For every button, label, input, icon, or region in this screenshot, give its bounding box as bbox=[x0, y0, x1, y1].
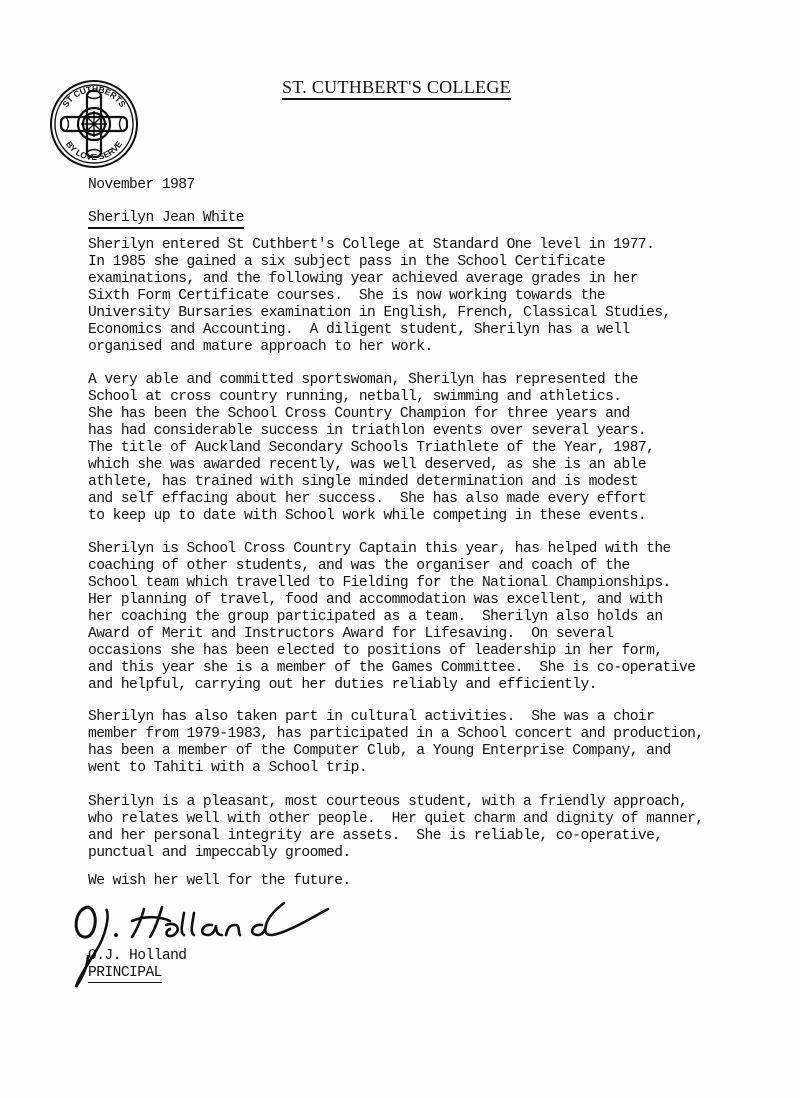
celtic-cross-crest-icon: ST CUTHBERTS BY LOVE SERVE bbox=[49, 73, 139, 175]
recipient-name: Sherilyn Jean White bbox=[88, 209, 244, 229]
svg-text:BY LOVE SERVE: BY LOVE SERVE bbox=[64, 139, 124, 162]
signer-title: PRINCIPAL bbox=[88, 965, 162, 983]
letter-date: November 1987 bbox=[88, 176, 195, 194]
reference-letter-page: ST CUTHBERTS BY LOVE SERVE ST. CUTHBERT'… bbox=[0, 0, 800, 1098]
paragraph-sports: A very able and committed sportswoman, S… bbox=[88, 372, 654, 525]
emblem-motto: BY LOVE SERVE bbox=[64, 139, 124, 162]
closing-line: We wish her well for the future. bbox=[88, 873, 351, 890]
school-name-heading: ST. CUTHBERT'S COLLEGE bbox=[282, 76, 511, 100]
paragraph-character: Sherilyn is a pleasant, most courteous s… bbox=[88, 794, 704, 862]
signer-name: O.J. Holland bbox=[88, 948, 187, 965]
paragraph-academic: Sherilyn entered St Cuthbert's College a… bbox=[88, 237, 671, 356]
paragraph-leadership: Sherilyn is School Cross Country Captain… bbox=[88, 541, 695, 694]
paragraph-cultural: Sherilyn has also taken part in cultural… bbox=[88, 709, 704, 777]
